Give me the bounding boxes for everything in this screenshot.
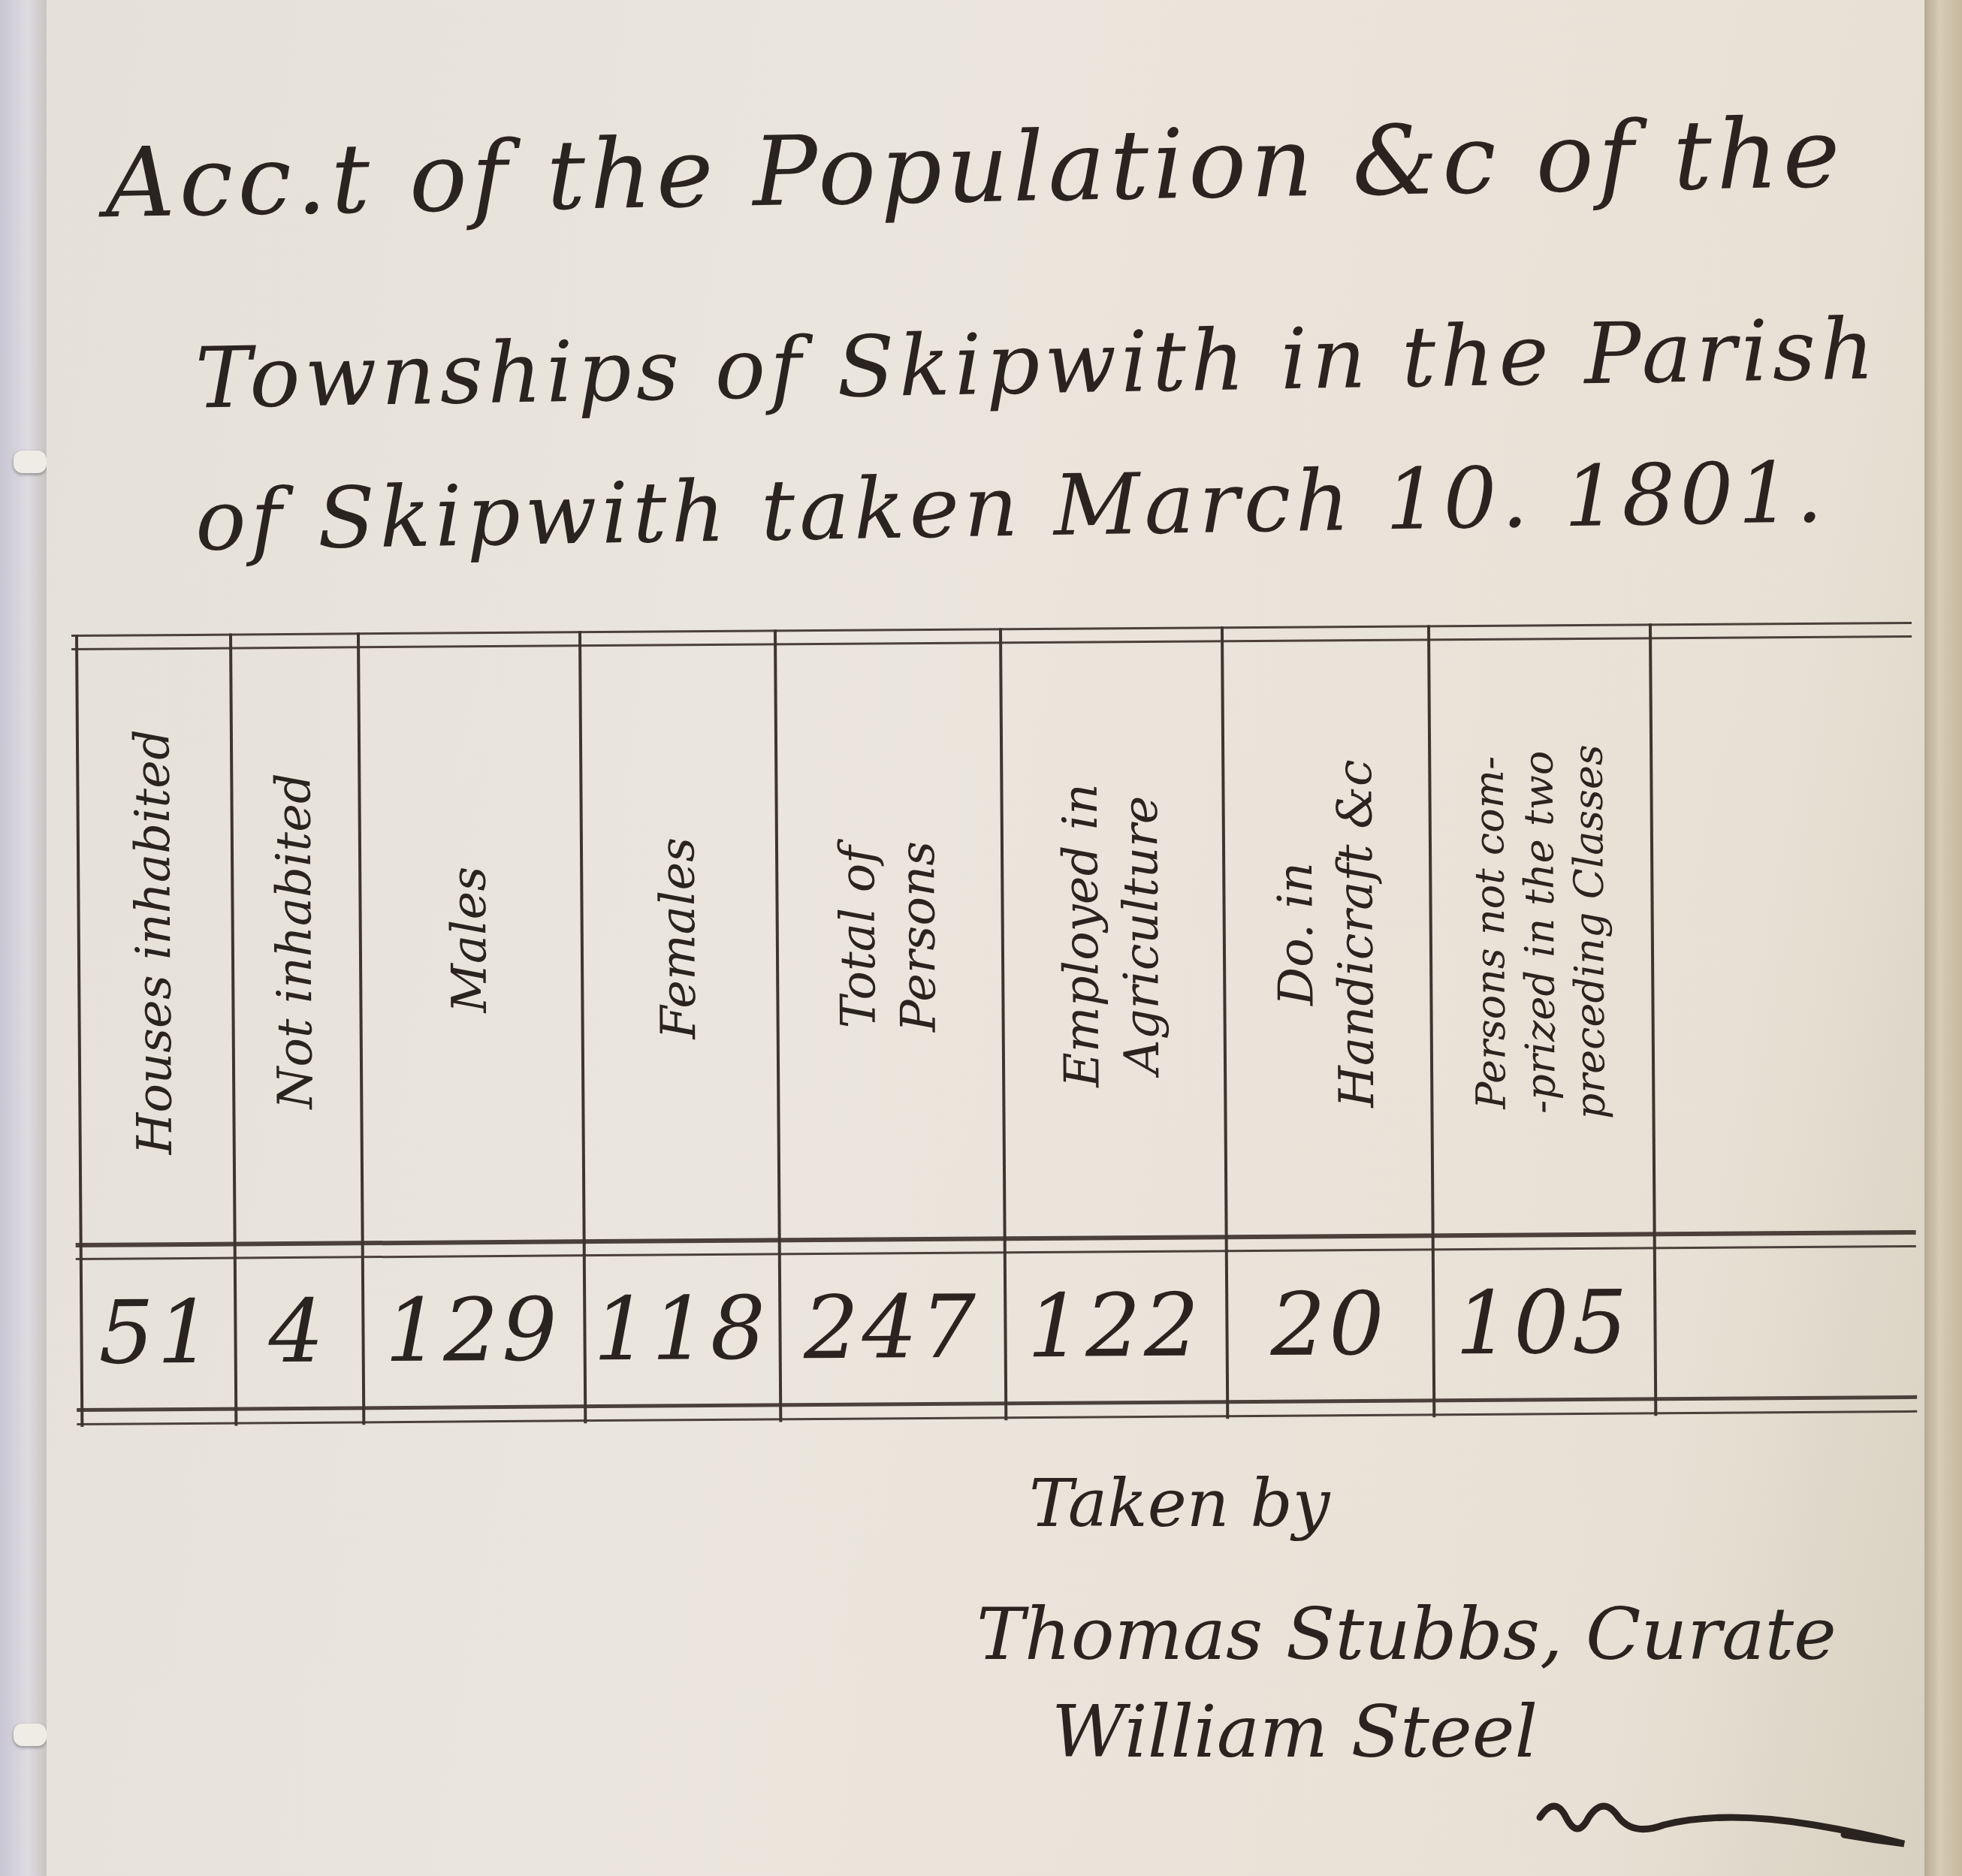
value-females: 118 — [583, 1245, 780, 1412]
header-males: Males — [357, 638, 583, 1241]
binding-stitch — [14, 1724, 47, 1746]
header-houses-inhabited: Houses inhabited — [75, 641, 234, 1243]
value-handicraft: 20 — [1225, 1241, 1433, 1407]
value-houses-inhabited: 51 — [80, 1250, 235, 1416]
binding-stitch — [14, 451, 47, 473]
value-employed-agriculture: 122 — [1004, 1242, 1227, 1409]
value-males: 129 — [361, 1247, 584, 1413]
header-employed-agriculture: Employed in Agriculture — [999, 634, 1225, 1236]
signature-second: William Steel — [1052, 1690, 1538, 1774]
taken-by-label: Taken by — [1029, 1464, 1330, 1542]
book-spine — [0, 0, 47, 1876]
value-not-inhabited: 4 — [234, 1248, 363, 1414]
signature-flourish-icon — [1532, 1787, 1923, 1847]
header-females: Females — [578, 637, 778, 1239]
signature-curate: Thomas Stubbs, Curate — [976, 1592, 1837, 1676]
header-persons-not-comprized: Persons not com- -prized in the two prec… — [1427, 631, 1653, 1233]
value-persons-not-comprized: 105 — [1432, 1239, 1655, 1406]
population-table: Houses inhabited Not inhabited Males Fem… — [71, 622, 1917, 1427]
header-total-persons: Total of Persons — [774, 635, 1004, 1238]
value-total-persons: 247 — [778, 1244, 1005, 1410]
page-edge — [1924, 0, 1962, 1876]
header-handicraft: Do. in Handicraft &c — [1221, 632, 1432, 1235]
header-not-inhabited: Not inhabited — [229, 640, 361, 1241]
